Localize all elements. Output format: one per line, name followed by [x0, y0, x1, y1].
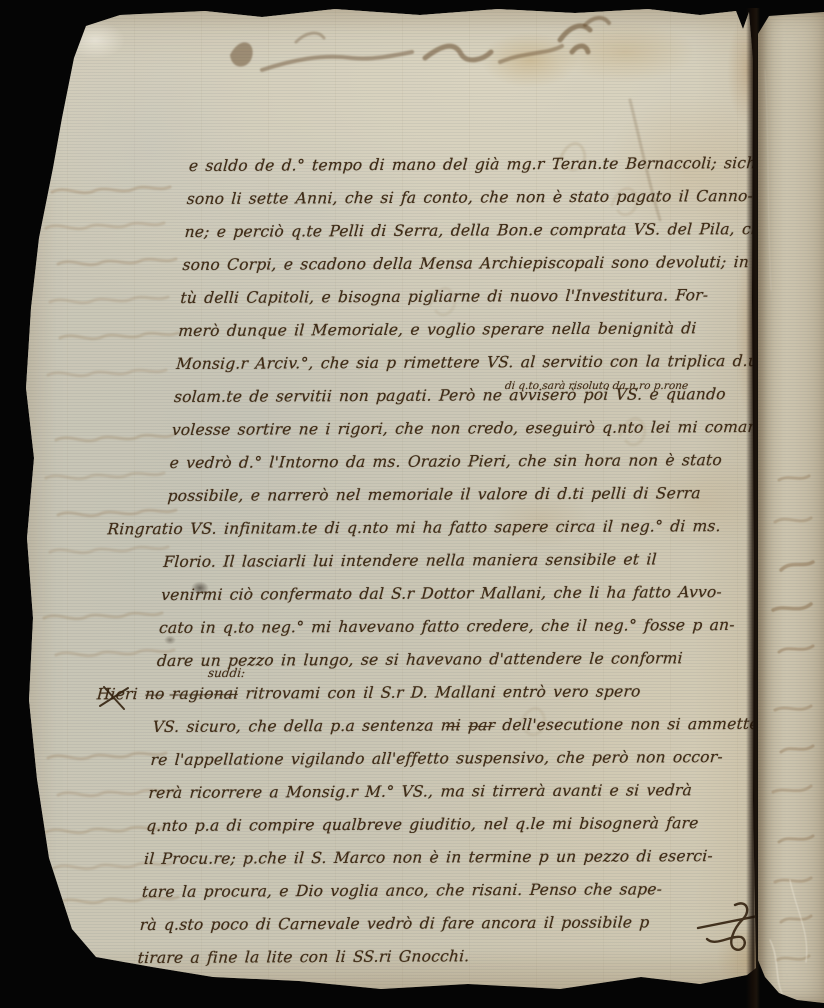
adjacent-page-edge [757, 10, 824, 1005]
letter-page: e saldo de d.° tempo di mano del già mg.… [0, 0, 824, 1008]
paraph-flourish [707, 903, 747, 949]
manuscript-scan: e saldo de d.° tempo di mano del già mg.… [0, 0, 824, 1008]
insertion-cross-mark [104, 687, 124, 709]
edge-shading [757, 10, 824, 1005]
fold-shadow [746, 8, 760, 1008]
ink-marks [0, 0, 824, 1008]
